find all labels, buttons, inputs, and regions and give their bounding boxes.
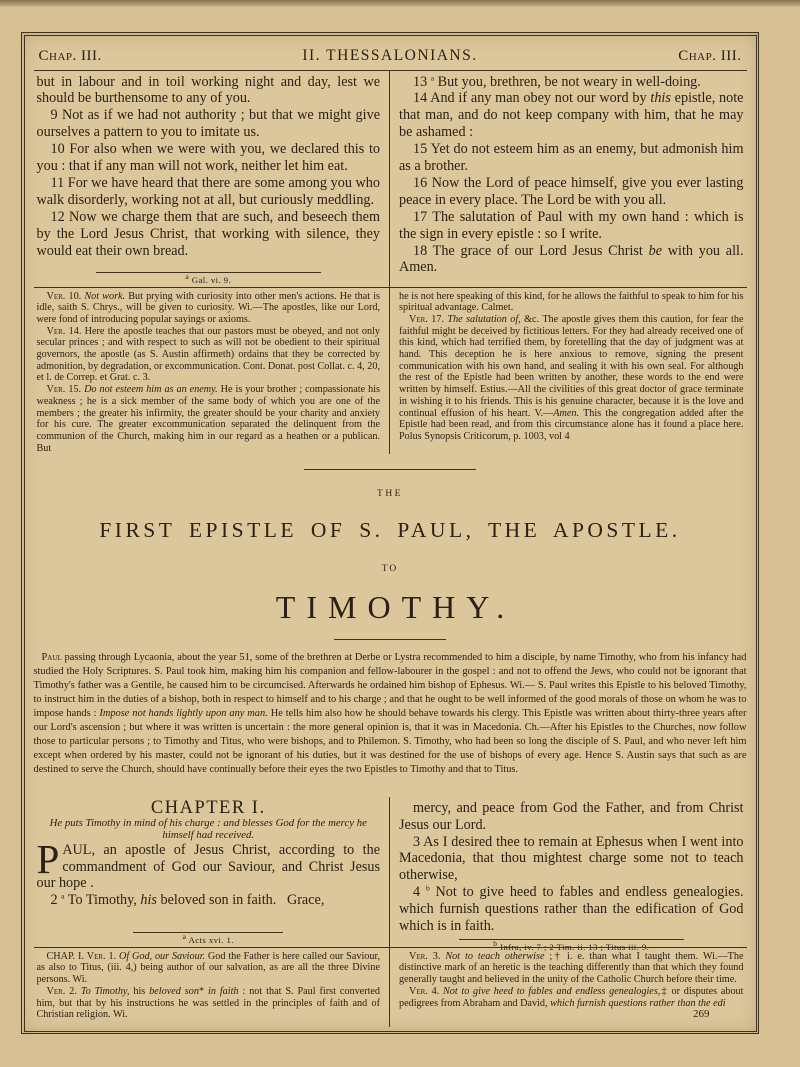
thessalonians-left-column: but in labour and in toil working night … bbox=[34, 71, 391, 287]
running-header: Chap. III. II. THESSALONIANS. Chap. III. bbox=[34, 36, 747, 71]
verse-8-continuation: but in labour and in toil working night … bbox=[37, 74, 381, 108]
epistle-title-block: THE FIRST EPISTLE OF S. PAUL, THE APOSTL… bbox=[34, 478, 747, 640]
verse-12: 12 Now we charge them that are such, and… bbox=[37, 209, 381, 260]
commentary-right-column: he is not here speaking of this kind, fo… bbox=[390, 288, 747, 454]
footnote-rule bbox=[133, 932, 283, 933]
commentary-ver-14: Ver. 14. Here the apostle teaches that o… bbox=[37, 326, 381, 385]
thessalonians-right-column: 13 a But you, brethren, be not weary in … bbox=[390, 71, 747, 287]
footnote-block: a Gal. vi. 9. bbox=[37, 268, 381, 287]
verse-17: 17 The salutation of Paul with my own ha… bbox=[399, 209, 744, 243]
epistle-addressee: TIMOTHY. bbox=[34, 589, 747, 626]
commentary-ver-17: Ver. 17. The salutation of, &c. The apos… bbox=[399, 314, 744, 443]
verse-9: 9 Not as if we had not authority ; but t… bbox=[37, 107, 381, 141]
title-kicker: THE bbox=[34, 489, 747, 499]
title-rule bbox=[334, 639, 446, 640]
scanned-page-top-shadow bbox=[0, 0, 800, 7]
header-chapter-right: Chap. III. bbox=[678, 48, 741, 65]
commentary-ver-4: Ver. 4. Not to give heed to fables and e… bbox=[399, 986, 744, 1009]
chapter-1-scripture: CHAPTER I. He puts Timothy in mind of hi… bbox=[34, 797, 747, 947]
footnote-block: a Acts xvi. 1. bbox=[37, 928, 381, 947]
title-to: TO bbox=[34, 564, 747, 574]
chapter-1-right-column: mercy, and peace from God the Father, an… bbox=[390, 797, 747, 947]
verse-4: 4 b Not to give heed to fables and endle… bbox=[399, 884, 744, 935]
footnote-acts: a Acts xvi. 1. bbox=[37, 935, 381, 945]
header-chapter-left: Chap. III. bbox=[39, 48, 102, 65]
thessalonians-commentary: Ver. 10. Not work. But prying with curio… bbox=[34, 288, 747, 454]
verse-10: 10 For also when we were with you, we de… bbox=[37, 141, 381, 175]
section-end-rule bbox=[304, 469, 476, 470]
commentary-ver-15-continuation: he is not here speaking of this kind, fo… bbox=[399, 291, 744, 314]
chapter-heading: CHAPTER I. bbox=[37, 800, 381, 817]
verse-15: 15 Yet do not esteem him as an enemy, bu… bbox=[399, 141, 744, 175]
commentary-chap1-ver-1: CHAP. I. Ver. 1. Of God, our Saviour. Go… bbox=[37, 951, 381, 986]
verse-1-text: AUL, an apostle of Jesus Christ, accordi… bbox=[37, 842, 381, 892]
epistle-introduction: Paul passing through Lycaonia, about the… bbox=[34, 651, 747, 778]
commentary-ver-2: Ver. 2. To Timothy, his beloved son* in … bbox=[37, 986, 381, 1021]
footnote-gal: a Gal. vi. 9. bbox=[37, 275, 381, 285]
drop-cap-initial: P bbox=[37, 842, 63, 874]
page-frame-inner: Chap. III. II. THESSALONIANS. Chap. III.… bbox=[24, 35, 757, 1032]
page-number: 269 bbox=[399, 1009, 744, 1021]
commentary-ver-10: Ver. 10. Not work. But prying with curio… bbox=[37, 291, 381, 326]
verse-16: 16 Now the Lord of peace himself, give y… bbox=[399, 175, 744, 209]
verse-14: 14 And if any man obey not our word by t… bbox=[399, 90, 744, 141]
commentary-left-column: CHAP. I. Ver. 1. Of God, our Saviour. Go… bbox=[34, 948, 391, 1027]
commentary-left-column: Ver. 10. Not work. But prying with curio… bbox=[34, 288, 391, 454]
commentary-ver-15: Ver. 15. Do not esteem him as an enemy. … bbox=[37, 384, 381, 454]
chapter-argument: He puts Timothy in mind of his charge : … bbox=[37, 817, 381, 842]
page-frame: Chap. III. II. THESSALONIANS. Chap. III.… bbox=[21, 32, 759, 1034]
verse-2-continuation: mercy, and peace from God the Father, an… bbox=[399, 800, 744, 834]
verse-11: 11 For we have heard that there are some… bbox=[37, 175, 381, 209]
verse-1: PAUL, an apostle of Jesus Christ, accord… bbox=[37, 842, 381, 893]
footnote-rule bbox=[96, 272, 321, 273]
thessalonians-scripture: but in labour and in toil working night … bbox=[34, 71, 747, 287]
verse-13: 13 a But you, brethren, be not weary in … bbox=[399, 74, 744, 91]
verse-3: 3 As I desired thee to remain at Ephesus… bbox=[399, 834, 744, 885]
chapter-1-left-column: CHAPTER I. He puts Timothy in mind of hi… bbox=[34, 797, 391, 947]
header-book-title: II. THESSALONIANS. bbox=[302, 47, 477, 65]
chapter-1-commentary: CHAP. I. Ver. 1. Of God, our Saviour. Go… bbox=[34, 948, 747, 1027]
verse-2: 2 a To Timothy, his beloved son in faith… bbox=[37, 892, 381, 909]
epistle-title: FIRST EPISTLE OF S. PAUL, THE APOSTLE. bbox=[34, 518, 747, 543]
commentary-ver-3: Ver. 3. Not to teach otherwise ;† i. e. … bbox=[399, 951, 744, 986]
commentary-right-column: Ver. 3. Not to teach otherwise ;† i. e. … bbox=[390, 948, 747, 1027]
verse-18: 18 The grace of our Lord Jesus Christ be… bbox=[399, 243, 744, 277]
